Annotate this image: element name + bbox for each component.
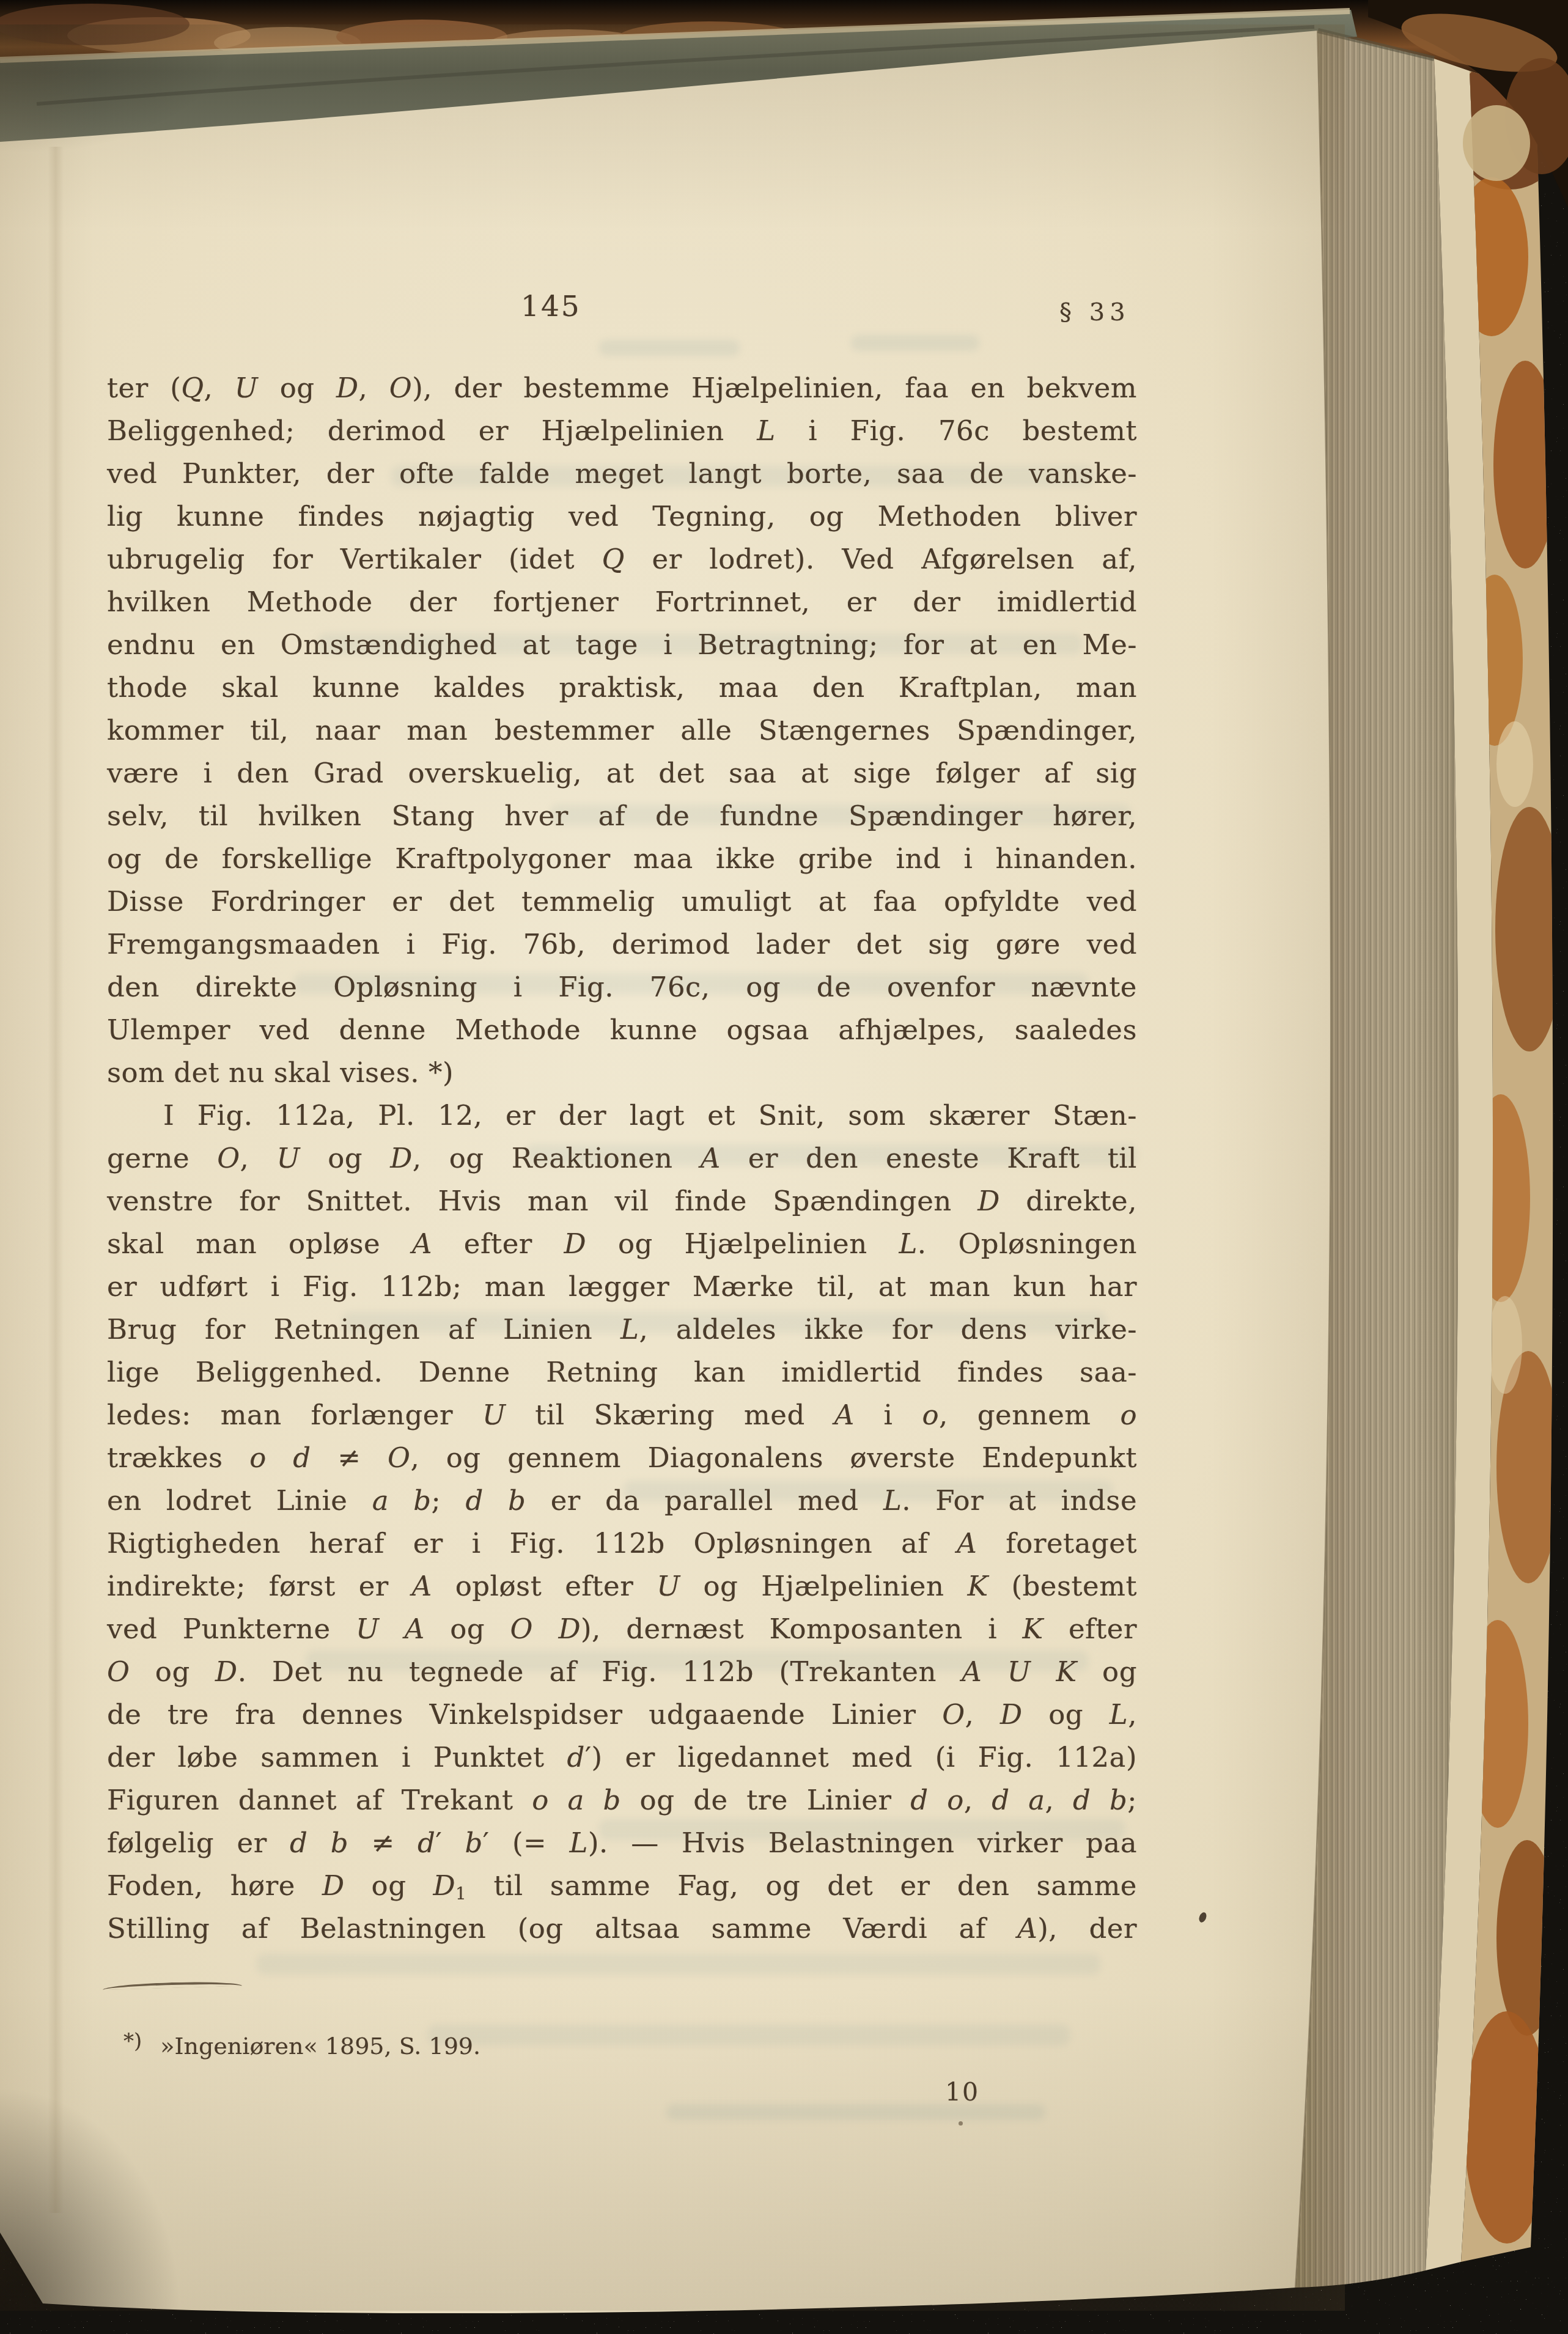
body-line: lig kunne findes nøjagtig ved Tegning, o… [107, 495, 1137, 538]
body-line: følgelig er d b ≠ d′ b′ (= L). — Hvis Be… [107, 1822, 1137, 1865]
footnote: *) »Ingeniøren« 1895, S. 199. [123, 2033, 480, 2060]
body-line: og de forskellige Kraftpolygoner maa ikk… [107, 838, 1137, 880]
body-line: en lodret Linie a b; d b er da parallel … [107, 1479, 1137, 1522]
body-line: endnu en Omstændighed at tage i Betragtn… [107, 624, 1137, 666]
body-line: ved Punkterne U A og O D), dernæst Kompo… [107, 1608, 1137, 1651]
body-line: være i den Grad overskuelig, at det saa … [107, 752, 1137, 795]
body-line: Disse Fordringer er det temmelig umuligt… [107, 880, 1137, 923]
ghost-text-bar [257, 1954, 1100, 1975]
body-line: skal man opløse A efter D og Hjælpelinie… [107, 1223, 1137, 1265]
body-line: trækkes o d ≠ O, og gennem Diagonalens ø… [107, 1437, 1137, 1479]
ghost-text-bar [666, 2104, 1045, 2120]
body-line: thode skal kunne kaldes praktisk, maa de… [107, 666, 1137, 709]
signature-mark: 10 [945, 2077, 979, 2107]
body-line: Stilling af Belastningen (og altsaa samm… [107, 1907, 1137, 1950]
body-line: Brug for Retningen af Linien L, aldeles … [107, 1308, 1137, 1351]
body-line: Ulemper ved denne Methode kunne ogsaa af… [107, 1009, 1137, 1051]
book-scan-photo: 145 § 33 ter (Q, U og D, O), der bestemm… [0, 0, 1568, 2334]
body-line: venstre for Snittet. Hvis man vil finde … [107, 1180, 1137, 1223]
body-line: den direkte Opløsning i Fig. 76c, og de … [107, 966, 1137, 1009]
body-line: Beliggenhed; derimod er Hjælpelinien L i… [107, 410, 1137, 452]
body-line: ledes: man forlænger U til Skæring med A… [107, 1394, 1137, 1437]
body-line: lige Beliggenhed. Denne Retning kan imid… [107, 1351, 1137, 1394]
ghost-text-bar [428, 2025, 1070, 2045]
body-line: ter (Q, U og D, O), der bestemme Hjælpel… [107, 367, 1137, 410]
body-line: der løbe sammen i Punktet d′) er ligedan… [107, 1736, 1137, 1779]
body-line: hvilken Methode der fortjener Fortrinnet… [107, 581, 1137, 624]
body-line: som det nu skal vises. *) [107, 1051, 1137, 1094]
body-line: Foden, høre D og D1 til samme Fag, og de… [107, 1865, 1137, 1907]
body-line: de tre fra dennes Vinkelspidser udgaaend… [107, 1693, 1137, 1736]
ink-dot [959, 2121, 963, 2126]
body-line: Rigtigheden heraf er i Fig. 112b Opløsni… [107, 1522, 1137, 1565]
body-line: gerne O, U og D, og Reaktionen A er den … [107, 1137, 1137, 1180]
body-text: ter (Q, U og D, O), der bestemme Hjælpel… [107, 367, 1137, 1950]
body-line: er udført i Fig. 112b; man lægger Mærke … [107, 1265, 1137, 1308]
section-heading: § 33 [1059, 298, 1130, 326]
ghost-text-bar [599, 340, 740, 356]
body-line: kommer til, naar man bestemmer alle Stæn… [107, 709, 1137, 752]
body-line: ved Punkter, der ofte falde meget langt … [107, 452, 1137, 495]
page-number: 145 [521, 290, 581, 323]
footnote-marker: *) [123, 2029, 142, 2056]
body-line: O og D. Det nu tegnede af Fig. 112b (Tre… [107, 1651, 1137, 1693]
ghost-text-bar [851, 335, 979, 351]
body-line: Figuren dannet af Trekant o a b og de tr… [107, 1779, 1137, 1822]
body-line: selv, til hvilken Stang hver af de fundn… [107, 795, 1137, 838]
footnote-text: »Ingeniøren« 1895, S. 199. [160, 2033, 480, 2060]
body-line: ubrugelig for Vertikaler (idet Q er lodr… [107, 538, 1137, 581]
body-line: indirekte; først er A opløst efter U og … [107, 1565, 1137, 1608]
body-line: Fremgangsmaaden i Fig. 76b, derimod lade… [107, 923, 1137, 966]
body-line: I Fig. 112a, Pl. 12, er der lagt et Snit… [107, 1094, 1137, 1137]
